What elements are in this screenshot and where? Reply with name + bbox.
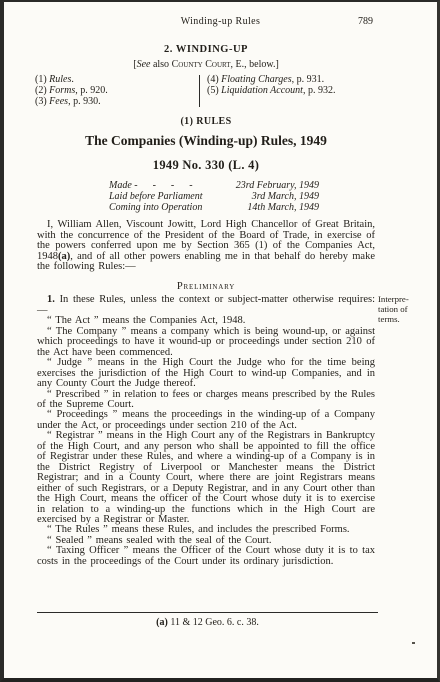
- index-item-pageref: , p. 920.: [75, 85, 108, 96]
- margin-note-interpretation-of-terms: Interpre- tation of terms.: [378, 295, 432, 324]
- section-heading: 2. WINDING-UP: [37, 44, 375, 55]
- date-value: 14th March, 1949: [247, 203, 319, 214]
- index-item-pageref: , p. 932.: [303, 85, 336, 96]
- see-also-note: [See also County Court, E., below.]: [37, 59, 375, 70]
- index-item-title: Rules: [49, 74, 71, 85]
- date-row-laid-before-parliament: Laid before Parliament 3rd March, 1949: [109, 192, 319, 203]
- index-item-number: (1): [35, 74, 49, 85]
- index-item-number: (4): [207, 74, 221, 85]
- date-label: Coming into Operation: [109, 203, 202, 214]
- dates-table: Made - - - - 23rd February, 1949 Laid be…: [109, 181, 319, 213]
- date-label: Laid before Parliament: [109, 192, 203, 203]
- running-header-title: Winding-up Rules: [181, 16, 261, 27]
- page-number: 789: [358, 16, 373, 27]
- see-also-rest-text: , E., below.]: [231, 59, 279, 70]
- index-item-title: Floating Charges: [221, 74, 291, 85]
- rule-1-intro: 1. In these Rules, unless the context or…: [37, 295, 375, 316]
- index-item-title: Fees: [49, 96, 68, 107]
- index-item-title: Forms: [49, 85, 75, 96]
- running-header: Winding-up Rules 789: [4, 16, 437, 28]
- definition-registrar: “ Registrar ” means in the High Court an…: [37, 431, 375, 525]
- definition-judge: “ Judge ” means in the High Court the Ju…: [37, 358, 375, 389]
- see-also-see-italic: See: [137, 59, 151, 70]
- rules-subheading: (1) RULES: [37, 116, 375, 127]
- margin-note-line: terms.: [378, 315, 432, 325]
- preliminary-heading: Preliminary: [37, 281, 375, 292]
- footnote-area: (a) 11 & 12 Geo. 6. c. 38.: [37, 612, 378, 628]
- scan-speck-artifact: [412, 642, 415, 644]
- definition-taxing-officer: “ Taxing Officer ” means the Officer of …: [37, 546, 375, 567]
- footnote-reference-a: (a): [58, 251, 70, 262]
- contents-index: (1) Rules. (2) Forms, p. 920. (3) Fees, …: [35, 75, 375, 107]
- rule-intro-text: In these Rules, unless the context or su…: [37, 294, 375, 315]
- see-also-mid-text: also: [150, 59, 171, 70]
- page-content: 2. WINDING-UP [See also County Court, E.…: [4, 44, 437, 567]
- definition-the-company: “ The Company ” means a company which is…: [37, 327, 375, 358]
- index-item-number: (5): [207, 85, 221, 96]
- footnote-divider-rule: [37, 612, 378, 613]
- index-item-pageref: , p. 931.: [292, 74, 325, 85]
- preamble-paragraph: I, William Allen, Viscount Jowitt, Lord …: [37, 220, 375, 272]
- definition-prescribed: “ Prescribed ” in relation to fees or ch…: [37, 390, 375, 411]
- statutory-instrument-number: 1949 No. 330 (L. 4): [37, 158, 375, 173]
- see-also-county-court-smallcaps: County Court: [172, 59, 231, 70]
- index-item-pageref: , p. 930.: [68, 96, 101, 107]
- index-item-number: (3): [35, 96, 49, 107]
- contents-index-right-column: (4) Floating Charges, p. 931. (5) Liquid…: [199, 75, 335, 107]
- document-title: The Companies (Winding-up) Rules, 1949: [37, 133, 375, 149]
- preamble-text-continued: , and of all other powers enabling me in…: [37, 251, 375, 272]
- date-row-coming-into-operation: Coming into Operation 14th March, 1949: [109, 203, 319, 214]
- index-item-liquidation-account: (5) Liquidation Account, p. 932.: [207, 86, 335, 97]
- contents-index-left-column: (1) Rules. (2) Forms, p. 920. (3) Fees, …: [35, 75, 199, 107]
- index-item-fees: (3) Fees, p. 930.: [35, 97, 199, 108]
- footnote-marker: (a): [156, 617, 168, 628]
- date-value: 3rd March, 1949: [252, 192, 319, 203]
- footnote-text: 11 & 12 Geo. 6. c. 38.: [168, 617, 259, 628]
- rule-number: 1.: [47, 294, 55, 305]
- scanned-page: Winding-up Rules 789 2. WINDING-UP [See …: [0, 0, 440, 682]
- footnote-citation: (a) 11 & 12 Geo. 6. c. 38.: [37, 617, 378, 628]
- definition-proceedings: “ Proceedings ” means the proceedings in…: [37, 410, 375, 431]
- index-item-pageref: .: [71, 74, 74, 85]
- index-item-number: (2): [35, 85, 49, 96]
- index-item-title: Liquidation Account: [221, 85, 303, 96]
